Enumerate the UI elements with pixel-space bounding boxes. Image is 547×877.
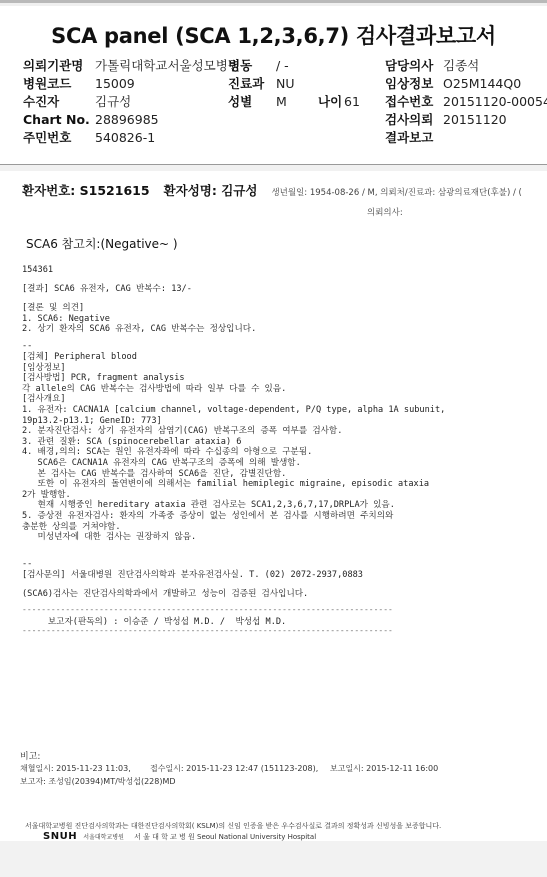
field-accession-no: 접수번호20151120-00054 <box>385 93 547 111</box>
report-time: 보고일시: 2015-12-11 16:00 <box>330 763 438 774</box>
field-patient-name: 수진자김규성 <box>23 93 240 111</box>
field-age-label: 나이 <box>318 93 344 111</box>
field-request-date: 검사의뢰20151120 <box>385 111 547 129</box>
field-age-value: 61 <box>344 94 360 109</box>
field-resident-no: 주민번호540826-1 <box>23 129 240 147</box>
dash-separator: -- <box>22 341 32 352</box>
patient-number: 환자번호: S1521615 <box>22 183 150 198</box>
validation-note: (SCA6)검사는 진단검사의학과에서 개발하고 성능이 검증된 검사입니다. <box>22 589 308 600</box>
field-hospital-code: 병원코드15009 <box>23 75 240 93</box>
receipt-time: 접수일시: 2015-11-23 12:47 (151123-208), <box>150 763 318 774</box>
dashed-rule-top: ----------------------------------------… <box>22 605 392 614</box>
header-middle: 병동/ - 진료과NU 성별M나이61 <box>228 57 360 111</box>
header-right: 담당의사김종석 임상정보O25M144Q0 접수번호20151120-00054… <box>385 57 547 147</box>
conclusion-block: [결론 및 의견] 1. SCA6: Negative 2. 상기 환자의 SC… <box>22 303 256 335</box>
header-left: 의뢰기관명가톨릭대학교서울성모병원 병원코드15009 수진자김규성 Chart… <box>23 57 240 147</box>
hospital-name: 서 울 대 학 교 병 원 Seoul National University … <box>134 833 316 841</box>
scanned-report: 환자번호: S1521615환자성명: 김규성생년월일: 1954-08-26 … <box>0 171 547 841</box>
top-band <box>0 3 547 6</box>
result-line: [결과] SCA6 유전자, CAG 반복수: 13/- <box>22 284 192 295</box>
field-sex: 성별M나이61 <box>228 93 360 111</box>
bottom-band <box>0 841 547 877</box>
field-chart-no: Chart No.28896985 <box>23 111 240 129</box>
field-report-date: 결과보고 <box>385 129 547 147</box>
remarks-label: 비고: <box>20 749 40 762</box>
page-title: SCA panel (SCA 1,2,3,6,7) 검사결과보고서 <box>0 20 547 50</box>
field-department: 진료과NU <box>228 75 360 93</box>
details-block: [검체] Peripheral blood [임상정보] [검사방법] PCR,… <box>22 352 445 543</box>
field-ward: 병동/ - <box>228 57 360 75</box>
field-clinical-info: 임상정보O25M144Q0 <box>385 75 547 93</box>
field-requesting-institution: 의뢰기관명가톨릭대학교서울성모병원 <box>23 57 240 75</box>
certification-statement: 서울대학교병원 진단검사의학과는 대한진단검사의학회( KSLM)의 신임 인증… <box>25 821 441 831</box>
reference-range-title: SCA6 참고치:(Negative~ ) <box>26 235 178 252</box>
patient-meta: 생년월일: 1954-08-26 / M, 의뢰처/진료과: 삼광의료재단(후불… <box>271 188 521 198</box>
sample-id: 154361 <box>22 265 53 276</box>
snuh-logo-sub: 서울대학교병원 <box>83 834 124 841</box>
dash-separator-2: -- <box>22 559 32 570</box>
collection-time: 채혈일시: 2015-11-23 11:03, <box>20 763 131 774</box>
dashed-rule-bottom: ----------------------------------------… <box>22 626 392 635</box>
patient-info-line: 환자번호: S1521615환자성명: 김규성생년월일: 1954-08-26 … <box>22 181 522 199</box>
lab-inquiry: [검사문의] 서울대병원 진단검사의학과 분자유전검사실. T. (02) 20… <box>22 570 363 581</box>
referring-doctor: 의뢰의사: <box>367 206 403 218</box>
report-staff: 보고자: 조성임(20394)MT/박성섭(228)MD <box>20 776 176 787</box>
field-attending-physician: 담당의사김종석 <box>385 57 547 75</box>
patient-name: 환자성명: 김규성 <box>164 183 258 198</box>
